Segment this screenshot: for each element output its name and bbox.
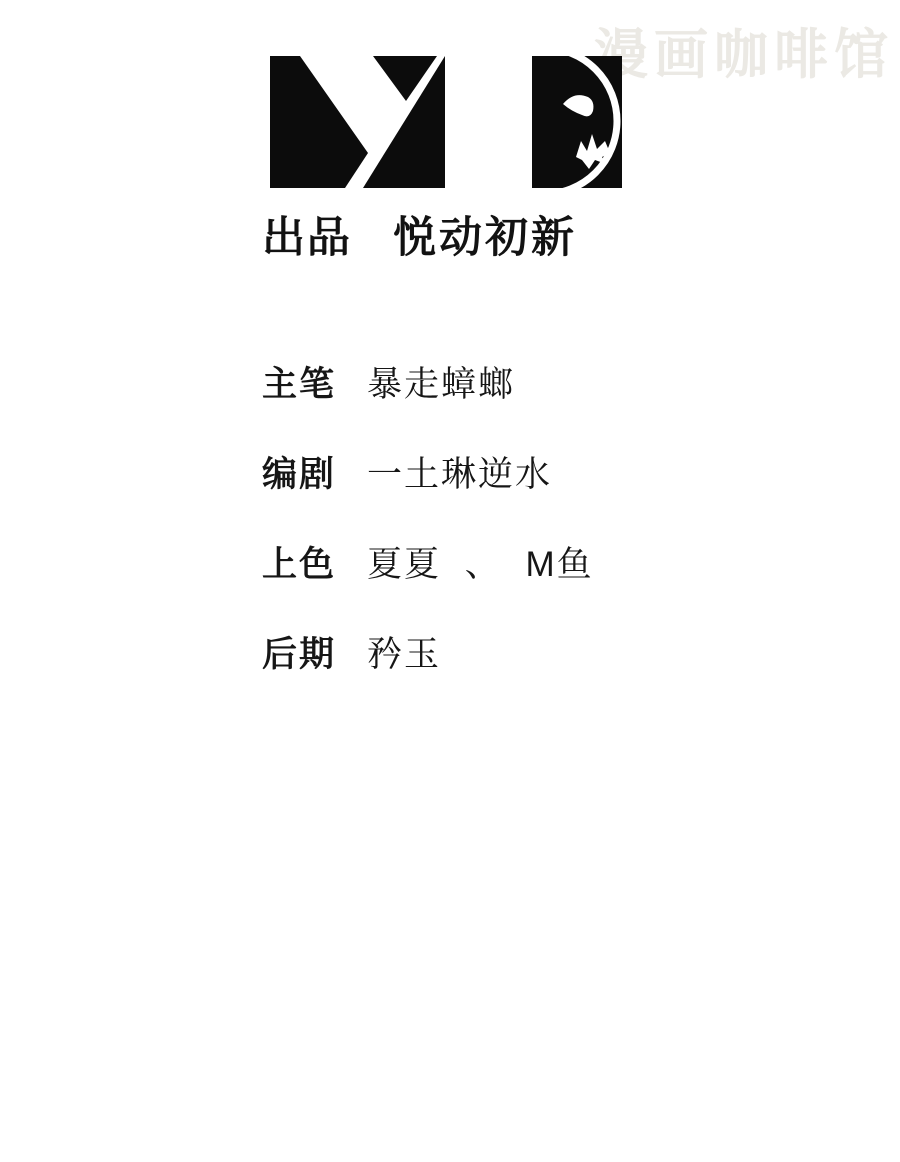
y-mark-left-shape <box>270 56 368 188</box>
publisher-logo <box>270 56 622 188</box>
publisher-label: 出品 <box>262 204 393 265</box>
logo-y-mark-icon <box>270 56 445 188</box>
credit-row-artist: 主笔暴走蟑螂 <box>262 364 515 406</box>
publisher-name: 悦动初新 <box>393 214 577 262</box>
comic-credits-page: 漫画咖啡馆 出品悦动初新 主笔暴走蟑螂 编剧一土琳逆水 上色夏夏 、 M鱼 后期 <box>0 0 900 1162</box>
credit-value: 夏夏 、 M鱼 <box>367 545 594 584</box>
credit-row-writer: 编剧一土琳逆水 <box>262 454 552 496</box>
credit-row-postproduction: 后期矜玉 <box>262 634 441 676</box>
logo-d-face-mark-icon <box>532 56 622 188</box>
watermark-text: 漫画咖啡馆 <box>594 12 894 89</box>
credit-value: 暴走蟑螂 <box>367 365 515 404</box>
credit-label: 主笔 <box>262 364 367 406</box>
publisher-line: 出品悦动初新 <box>262 204 577 265</box>
credit-value: 一土琳逆水 <box>367 455 552 494</box>
credit-label: 编剧 <box>262 454 367 496</box>
d-mark-block <box>532 56 622 188</box>
credit-row-colorist: 上色夏夏 、 M鱼 <box>262 544 594 586</box>
credit-value: 矜玉 <box>367 635 441 674</box>
credit-label: 后期 <box>262 634 367 676</box>
credit-label: 上色 <box>262 544 367 586</box>
